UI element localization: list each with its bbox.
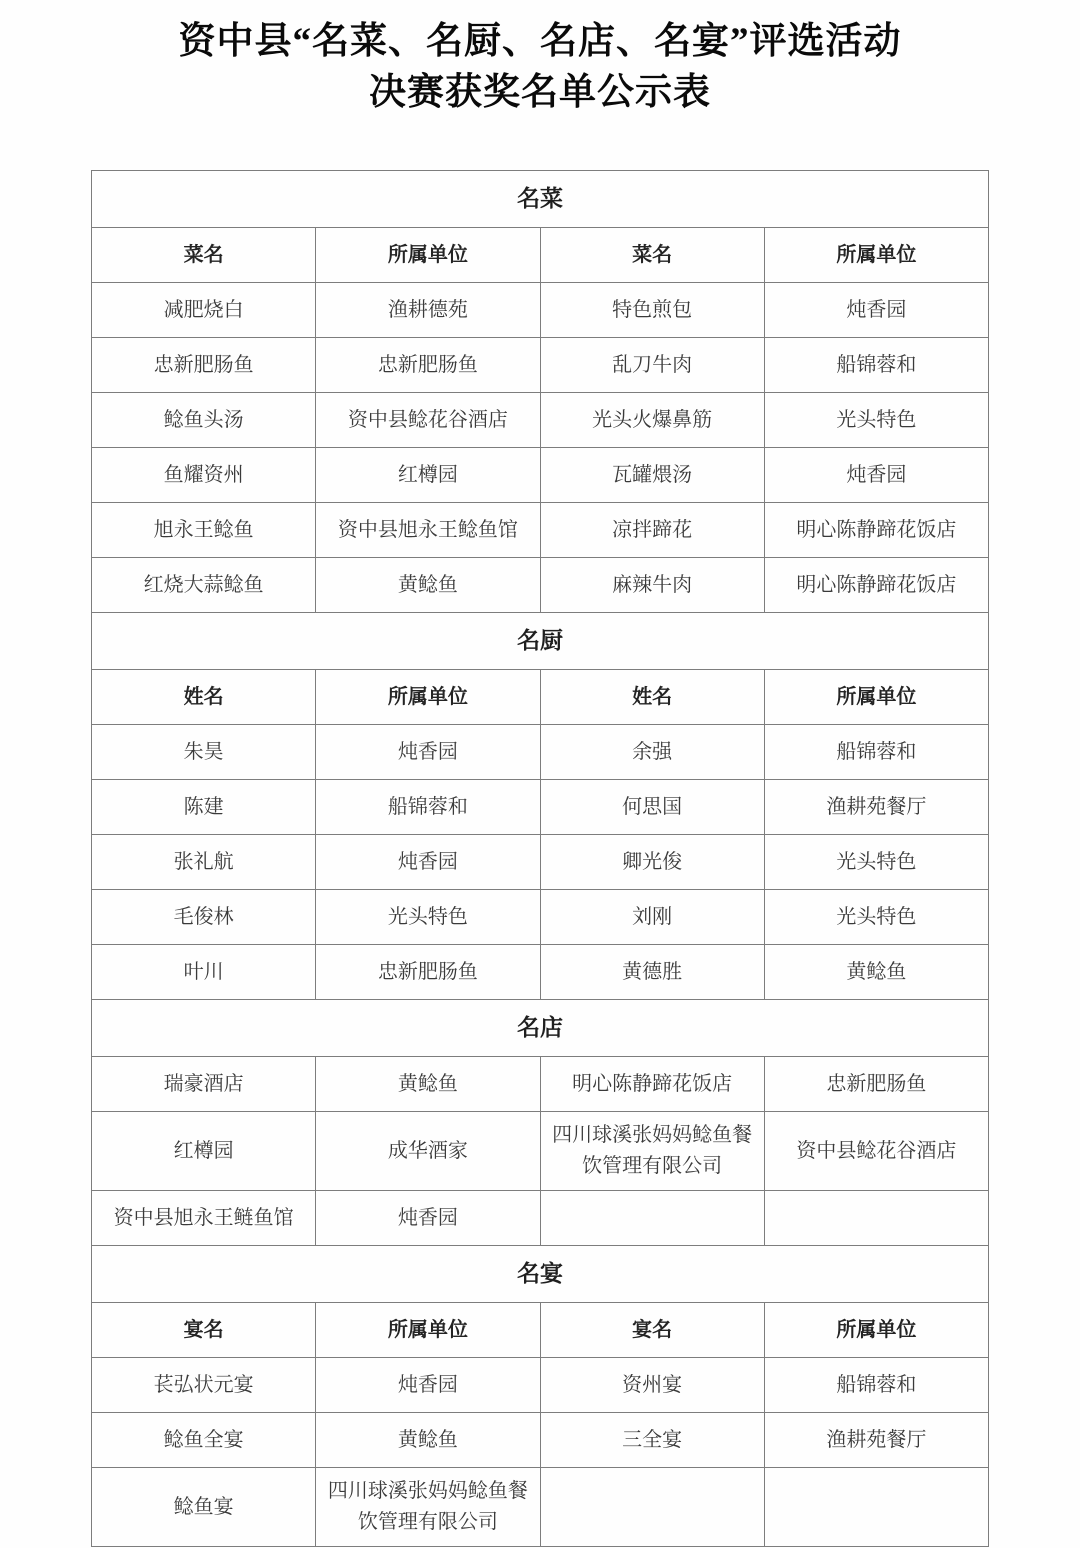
cell-name: 叶川 xyxy=(92,945,316,1000)
cell-name: 明心陈静蹄花饭店 xyxy=(540,1057,764,1112)
cell-name: 余强 xyxy=(540,725,764,780)
cell-unit: 渔耕苑餐厅 xyxy=(764,1413,988,1468)
column-header: 所属单位 xyxy=(316,1303,540,1358)
cell-unit: 红樽园 xyxy=(316,448,540,503)
cell-name: 何思国 xyxy=(540,780,764,835)
table-row: 陈建船锦蓉和何思国渔耕苑餐厅 xyxy=(92,780,989,835)
cell-name: 刘刚 xyxy=(540,890,764,945)
cell-unit: 忠新肥肠鱼 xyxy=(764,1057,988,1112)
cell-name: 特色煎包 xyxy=(540,283,764,338)
table-row: 叶川忠新肥肠鱼黄德胜黄鲶鱼 xyxy=(92,945,989,1000)
column-header: 所属单位 xyxy=(764,228,988,283)
table-row: 鲶鱼宴四川球溪张妈妈鲶鱼餐饮管理有限公司 xyxy=(92,1468,989,1547)
table-row: 减肥烧白渔耕德苑特色煎包炖香园 xyxy=(92,283,989,338)
cell-unit: 忠新肥肠鱼 xyxy=(316,338,540,393)
section-header: 名店 xyxy=(92,1000,989,1057)
table-row: 鲶鱼头汤资中县鲶花谷酒店光头火爆鼻筋光头特色 xyxy=(92,393,989,448)
section-header: 名厨 xyxy=(92,613,989,670)
column-header: 姓名 xyxy=(92,670,316,725)
cell-name: 鲶鱼头汤 xyxy=(92,393,316,448)
cell-unit: 成华酒家 xyxy=(316,1112,540,1191)
cell-name: 麻辣牛肉 xyxy=(540,558,764,613)
cell-name: 旭永王鲶鱼 xyxy=(92,503,316,558)
cell-unit xyxy=(764,1468,988,1547)
column-header: 姓名 xyxy=(540,670,764,725)
cell-unit: 资中县旭永王鲶鱼馆 xyxy=(316,503,540,558)
cell-name: 鲶鱼全宴 xyxy=(92,1413,316,1468)
cell-unit: 光头特色 xyxy=(764,393,988,448)
column-header: 所属单位 xyxy=(316,670,540,725)
cell-name: 苌弘状元宴 xyxy=(92,1358,316,1413)
table-row: 鱼耀资州红樽园瓦罐煨汤炖香园 xyxy=(92,448,989,503)
table-row: 毛俊林光头特色刘刚光头特色 xyxy=(92,890,989,945)
cell-name: 红烧大蒜鲶鱼 xyxy=(92,558,316,613)
cell-unit: 炖香园 xyxy=(316,725,540,780)
cell-unit: 渔耕苑餐厅 xyxy=(764,780,988,835)
cell-unit: 炖香园 xyxy=(316,1191,540,1246)
cell-unit: 明心陈静蹄花饭店 xyxy=(764,503,988,558)
cell-unit: 黄鲶鱼 xyxy=(316,558,540,613)
table-row: 张礼航炖香园卿光俊光头特色 xyxy=(92,835,989,890)
cell-unit: 光头特色 xyxy=(764,835,988,890)
cell-name: 张礼航 xyxy=(92,835,316,890)
cell-name: 忠新肥肠鱼 xyxy=(92,338,316,393)
cell-name: 鱼耀资州 xyxy=(92,448,316,503)
cell-unit: 资中县鲶花谷酒店 xyxy=(316,393,540,448)
column-header: 宴名 xyxy=(540,1303,764,1358)
awards-table-body: 名菜菜名所属单位菜名所属单位减肥烧白渔耕德苑特色煎包炖香园忠新肥肠鱼忠新肥肠鱼乱… xyxy=(92,171,989,1547)
cell-unit: 黄鲶鱼 xyxy=(316,1413,540,1468)
table-row: 红烧大蒜鲶鱼黄鲶鱼麻辣牛肉明心陈静蹄花饭店 xyxy=(92,558,989,613)
cell-name: 瓦罐煨汤 xyxy=(540,448,764,503)
column-header: 所属单位 xyxy=(316,228,540,283)
cell-unit: 忠新肥肠鱼 xyxy=(316,945,540,1000)
table-row: 朱昊炖香园余强船锦蓉和 xyxy=(92,725,989,780)
cell-unit: 炖香园 xyxy=(316,835,540,890)
cell-name: 三全宴 xyxy=(540,1413,764,1468)
cell-unit: 船锦蓉和 xyxy=(316,780,540,835)
cell-unit: 黄鲶鱼 xyxy=(764,945,988,1000)
cell-unit: 船锦蓉和 xyxy=(764,725,988,780)
cell-name: 黄德胜 xyxy=(540,945,764,1000)
cell-name: 凉拌蹄花 xyxy=(540,503,764,558)
cell-unit: 炖香园 xyxy=(316,1358,540,1413)
cell-name: 瑞豪酒店 xyxy=(92,1057,316,1112)
table-row: 红樽园成华酒家四川球溪张妈妈鲶鱼餐饮管理有限公司资中县鲶花谷酒店 xyxy=(92,1112,989,1191)
cell-name xyxy=(540,1468,764,1547)
cell-unit: 炖香园 xyxy=(764,283,988,338)
column-header: 宴名 xyxy=(92,1303,316,1358)
table-row: 资中县旭永王鲢鱼馆炖香园 xyxy=(92,1191,989,1246)
table-row: 鲶鱼全宴黄鲶鱼三全宴渔耕苑餐厅 xyxy=(92,1413,989,1468)
column-header: 所属单位 xyxy=(764,1303,988,1358)
cell-name: 四川球溪张妈妈鲶鱼餐饮管理有限公司 xyxy=(540,1112,764,1191)
cell-unit: 明心陈静蹄花饭店 xyxy=(764,558,988,613)
cell-name xyxy=(540,1191,764,1246)
section-header: 名宴 xyxy=(92,1246,989,1303)
cell-unit: 黄鲶鱼 xyxy=(316,1057,540,1112)
cell-name: 陈建 xyxy=(92,780,316,835)
column-header: 菜名 xyxy=(540,228,764,283)
column-header: 菜名 xyxy=(92,228,316,283)
cell-unit xyxy=(764,1191,988,1246)
cell-name: 光头火爆鼻筋 xyxy=(540,393,764,448)
cell-unit: 光头特色 xyxy=(764,890,988,945)
section-header: 名菜 xyxy=(92,171,989,228)
cell-name: 朱昊 xyxy=(92,725,316,780)
cell-name: 毛俊林 xyxy=(92,890,316,945)
cell-unit: 炖香园 xyxy=(764,448,988,503)
cell-name: 资州宴 xyxy=(540,1358,764,1413)
cell-unit: 船锦蓉和 xyxy=(764,338,988,393)
table-row: 苌弘状元宴炖香园资州宴船锦蓉和 xyxy=(92,1358,989,1413)
cell-name: 卿光俊 xyxy=(540,835,764,890)
cell-unit: 船锦蓉和 xyxy=(764,1358,988,1413)
announcement-page: 资中县“名菜、名厨、名店、名宴”评选活动 决赛获奖名单公示表 名菜菜名所属单位菜… xyxy=(0,0,1080,1548)
table-row: 忠新肥肠鱼忠新肥肠鱼乱刀牛肉船锦蓉和 xyxy=(92,338,989,393)
cell-unit: 资中县鲶花谷酒店 xyxy=(764,1112,988,1191)
table-row: 瑞豪酒店黄鲶鱼明心陈静蹄花饭店忠新肥肠鱼 xyxy=(92,1057,989,1112)
awards-table: 名菜菜名所属单位菜名所属单位减肥烧白渔耕德苑特色煎包炖香园忠新肥肠鱼忠新肥肠鱼乱… xyxy=(91,170,989,1547)
page-title: 资中县“名菜、名厨、名店、名宴”评选活动 决赛获奖名单公示表 xyxy=(80,16,1000,118)
cell-name: 资中县旭永王鲢鱼馆 xyxy=(92,1191,316,1246)
table-row: 旭永王鲶鱼资中县旭永王鲶鱼馆凉拌蹄花明心陈静蹄花饭店 xyxy=(92,503,989,558)
cell-unit: 渔耕德苑 xyxy=(316,283,540,338)
page-title-line-1: 资中县“名菜、名厨、名店、名宴”评选活动 xyxy=(80,16,1000,67)
column-header: 所属单位 xyxy=(764,670,988,725)
cell-name: 减肥烧白 xyxy=(92,283,316,338)
cell-unit: 光头特色 xyxy=(316,890,540,945)
cell-unit: 四川球溪张妈妈鲶鱼餐饮管理有限公司 xyxy=(316,1468,540,1547)
cell-name: 红樽园 xyxy=(92,1112,316,1191)
page-title-line-2: 决赛获奖名单公示表 xyxy=(80,67,1000,118)
cell-name: 乱刀牛肉 xyxy=(540,338,764,393)
cell-name: 鲶鱼宴 xyxy=(92,1468,316,1547)
